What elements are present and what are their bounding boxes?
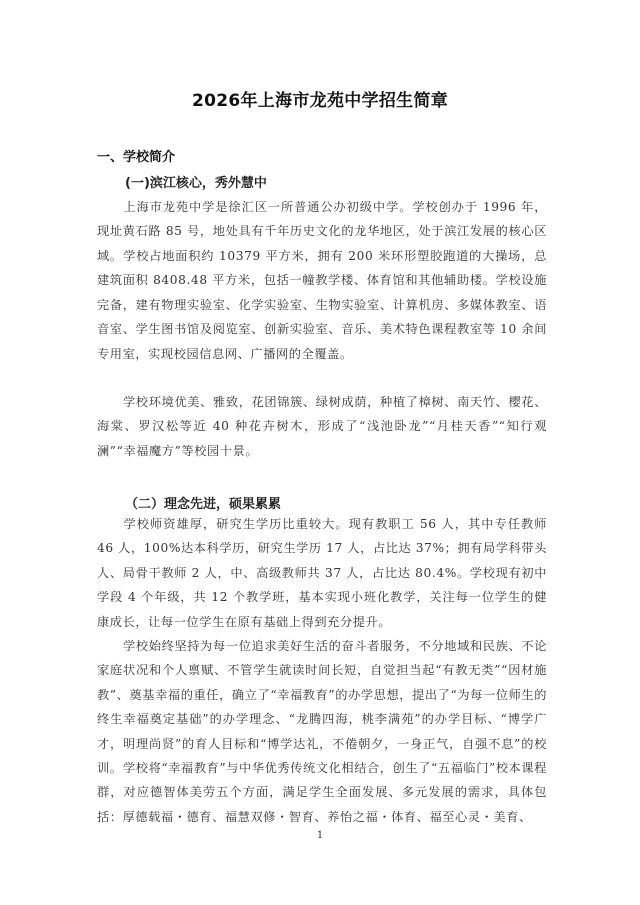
paragraph: 学校占地面积约 10379 平方米，拥有 200 米环形塑胶跑道的大操场，总建筑… xyxy=(97,244,547,366)
page-number: 1 xyxy=(0,830,640,841)
paragraph: 学校将“幸福教育”与中华优秀传统文化相结合，创生了“五福临门”校本课程群，对应德… xyxy=(97,756,547,829)
document-page: 2026年上海市龙苑中学招生简章 一、学校简介 (一)滨江核心，秀外慧中 上海市… xyxy=(0,0,640,905)
paragraph: 学校师资雄厚，研究生学历比重较大。现有教职工 56 人，其中专任教师 46 人，… xyxy=(97,512,547,634)
subsection-heading-2: （二）理念先进，硕果累累 xyxy=(125,493,281,512)
paragraph: 学校环境优美、雅致，花团锦簇、绿树成荫，种植了樟树、南天竹、樱花、海棠、罗汉松等… xyxy=(97,390,547,463)
section-heading-school-intro: 一、学校简介 xyxy=(97,146,175,165)
document-title: 2026年上海市龙苑中学招生简章 xyxy=(0,86,640,111)
subsection-heading-1: (一)滨江核心，秀外慧中 xyxy=(125,172,267,191)
